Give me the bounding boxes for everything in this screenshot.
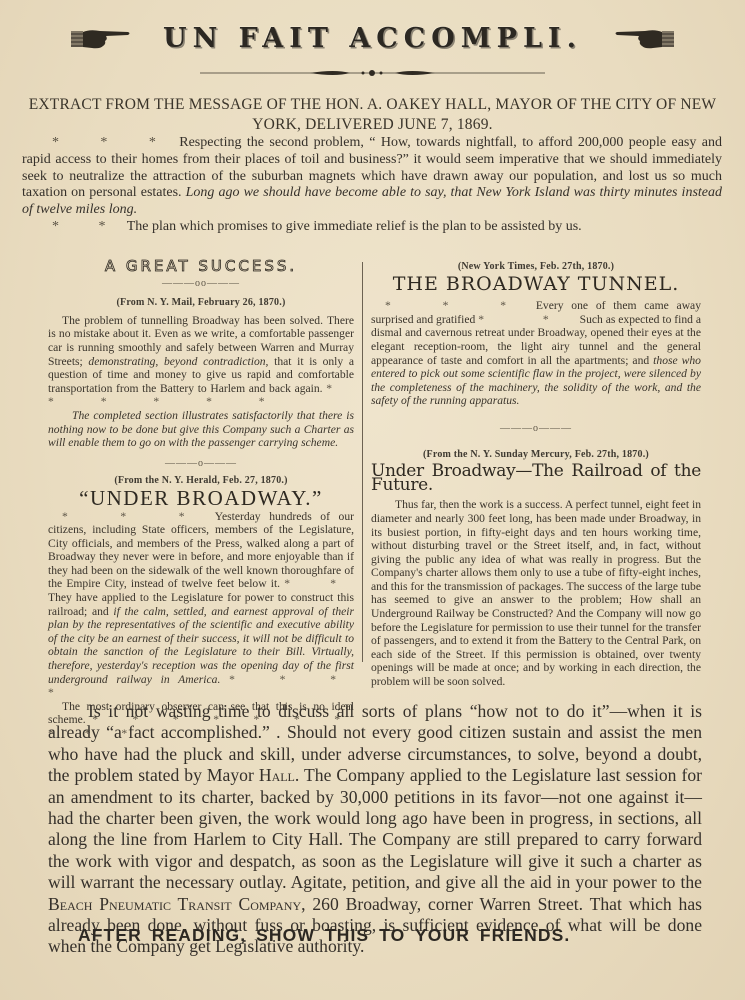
article-italic-paragraph: The completed section illustrates satisf… xyxy=(48,409,354,450)
article-paragraph: * * * Yesterday hundreds of our citizens… xyxy=(48,510,354,700)
pointing-hand-left-icon xyxy=(613,25,675,51)
masthead-title: UN FAIT ACCOMPLI. xyxy=(163,23,582,54)
column-divider xyxy=(362,262,363,662)
company-name: Beach Pneumatic Transit Company xyxy=(48,894,301,914)
asterisks: * * * xyxy=(52,135,174,150)
asterisks: * * xyxy=(284,577,354,590)
closing-paragraph: Is it not wasting time to discuss all so… xyxy=(48,701,702,958)
article-source: (From the N. Y. Sunday Mercury, Feb. 27t… xyxy=(371,448,701,462)
article-title: THE BROADWAY TUNNEL. xyxy=(371,278,701,292)
call-to-action: AFTER READING, SHOW THIS TO YOUR FRIENDS… xyxy=(78,925,678,946)
separator: ———o——— xyxy=(48,457,354,471)
asterisks: * * * xyxy=(62,510,207,523)
article-paragraph: Thus far, then the work is a success. A … xyxy=(371,498,701,688)
extract-text: The plan which promises to give immediat… xyxy=(127,219,582,234)
asterisks: * * * xyxy=(385,299,528,312)
article-paragraph: The problem of tunnelling Broadway has b… xyxy=(48,314,354,409)
article-italic-text: demonstrating, beyond contradiction, xyxy=(88,355,268,368)
article-title: Under Broadway—The Railroad of the Futur… xyxy=(371,465,701,492)
extract-heading: EXTRACT FROM THE MESSAGE OF THE HON. A. … xyxy=(25,95,720,135)
broadside-page: UN FAIT ACCOMPLI. EXTRACT FROM THE MESSA… xyxy=(0,0,745,1000)
article-source: (From N. Y. Mail, February 26, 1870.) xyxy=(48,296,354,310)
pointing-hand-right-icon xyxy=(70,25,132,51)
decorative-rule-ornament xyxy=(200,67,545,79)
asterisks: * * xyxy=(478,313,577,326)
separator: ———oo——— xyxy=(48,277,354,291)
left-column: A GREAT SUCCESS. ———oo——— (From N. Y. Ma… xyxy=(48,258,354,741)
article-source: (New York Times, Feb. 27th, 1870.) xyxy=(371,260,701,274)
article-paragraph: * * * Every one of them came away surpri… xyxy=(371,299,701,408)
extract-body: * * * Respecting the second problem, “ H… xyxy=(22,135,722,236)
section-heading: A GREAT SUCCESS. xyxy=(48,260,354,274)
mayor-name: Hall xyxy=(259,765,295,785)
separator: ———o——— xyxy=(371,422,701,436)
asterisks: * * xyxy=(52,219,124,234)
masthead: UN FAIT ACCOMPLI. xyxy=(70,18,675,58)
right-column: (New York Times, Feb. 27th, 1870.) THE B… xyxy=(371,258,701,689)
article-title: “UNDER BROADWAY.” xyxy=(48,492,354,506)
